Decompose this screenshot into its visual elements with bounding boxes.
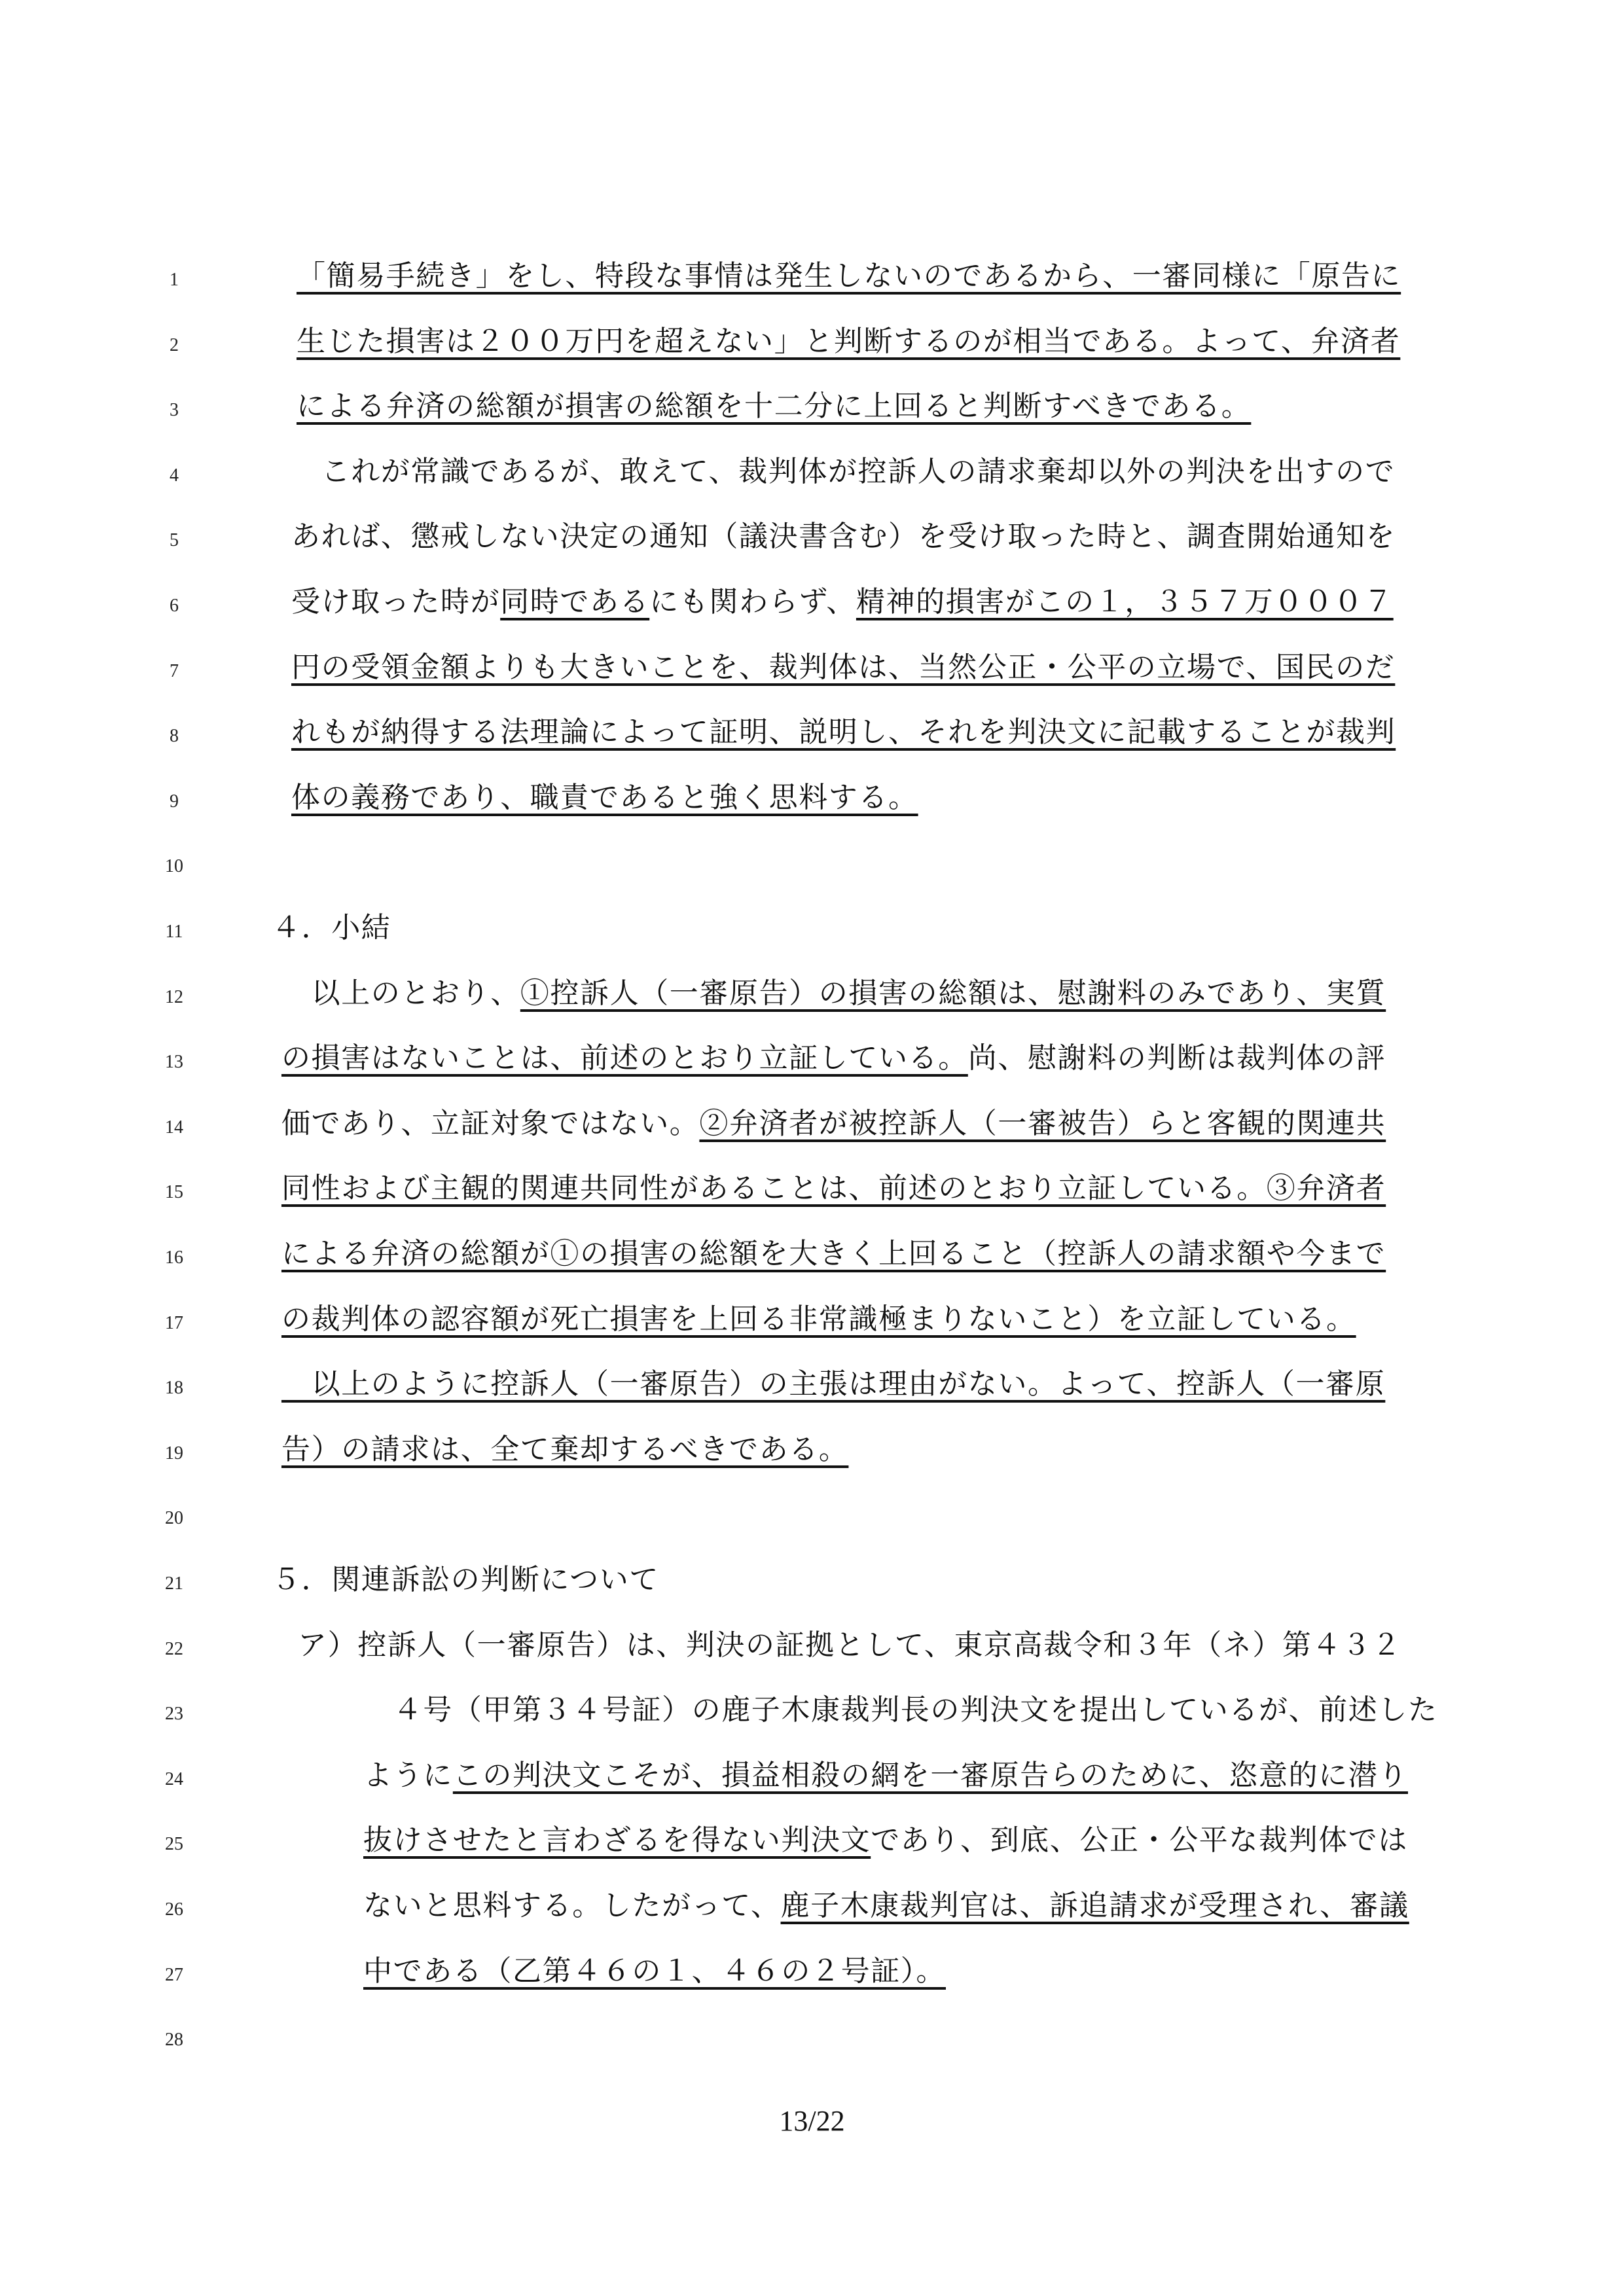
- text-line: 1「簡易手続き」をし、特段な事情は発生しないのであるから、一審同様に「原告に: [0, 247, 1624, 313]
- underlined-text-segment: 中である（乙第４６の１、４６の２号証）。: [363, 1954, 946, 1988]
- line-number: 20: [154, 1508, 194, 1529]
- text-segment: 価であり、立証対象ではない。: [281, 1107, 699, 1140]
- line-number: 24: [154, 1769, 194, 1790]
- underlined-text-segment: この判決文こそが、損益相殺の網を一審原告らのために、恣意的に潜り: [453, 1759, 1408, 1792]
- text-line: 26ないと思料する。したがって、鹿子木康裁判官は、訴追請求が受理され、審議: [0, 1877, 1624, 1943]
- line-text: ４．小結: [272, 908, 391, 948]
- text-segment: 尚、慰謝料の判断は裁判体の評: [968, 1041, 1386, 1075]
- underlined-text-segment: ①控訴人（一審原告）の損害の総額は、慰謝料のみであり、実質: [520, 977, 1386, 1010]
- line-number: 7: [154, 661, 194, 682]
- text-line: 20: [0, 1486, 1624, 1551]
- line-number: 28: [154, 2030, 194, 2051]
- text-segment: あれば、懲戒しない決定の通知（議決書含む）を受け取った時と、調査開始通知を: [291, 520, 1396, 553]
- text-line: 3による弁済の総額が損害の総額を十二分に上回ると判断すべきである。: [0, 378, 1624, 443]
- underlined-text-segment: 告）の請求は、全て棄却するべきである。: [281, 1433, 848, 1466]
- line-number: 10: [154, 856, 194, 877]
- underlined-text-segment: 生じた損害は２００万円を超えない」と判断するのが相当である。よって、弁済者: [297, 325, 1400, 358]
- text-segment: にも関わらず、: [649, 585, 856, 619]
- line-text: による弁済の総額が①の損害の総額を大きく上回ること（控訴人の請求額や今まで: [281, 1234, 1386, 1274]
- text-line: 10: [0, 834, 1624, 899]
- line-text: 中である（乙第４６の１、４６の２号証）。: [363, 1952, 946, 1991]
- line-number: 18: [154, 1378, 194, 1399]
- text-segment: これが常識であるが、敢えて、裁判体が控訴人の請求棄却以外の判決を出すので: [291, 455, 1395, 488]
- text-line: 25抜けさせたと言わざるを得ない判決文であり、到底、公正・公平な裁判体では: [0, 1812, 1624, 1877]
- line-number: 23: [154, 1704, 194, 1725]
- line-text: ないと思料する。したがって、鹿子木康裁判官は、訴追請求が受理され、審議: [363, 1886, 1409, 1926]
- line-text: 生じた損害は２００万円を超えない」と判断するのが相当である。よって、弁済者: [297, 322, 1400, 361]
- line-text: れもが納得する法理論によって証明、説明し、それを判決文に記載することが裁判: [291, 713, 1396, 752]
- text-line: 21５．関連訴訟の判断について: [0, 1551, 1624, 1617]
- text-line: 28: [0, 2007, 1624, 2073]
- text-line: 16による弁済の総額が①の損害の総額を大きく上回ること（控訴人の請求額や今まで: [0, 1225, 1624, 1291]
- line-text: 以上のように控訴人（一審原告）の主張は理由がない。よって、控訴人（一審原: [281, 1365, 1385, 1404]
- underlined-text-segment: ②弁済者が被控訴人（一審被告）らと客観的関連共: [699, 1107, 1386, 1140]
- text-line: 17の裁判体の認容額が死亡損害を上回る非常識極まりないこと）を立証している。: [0, 1291, 1624, 1356]
- underlined-text-segment: 「簡易手続き」をし、特段な事情は発生しないのであるから、一審同様に「原告に: [297, 259, 1401, 293]
- text-line: 24ようにこの判決文こそが、損益相殺の網を一審原告らのために、恣意的に潜り: [0, 1747, 1624, 1812]
- line-number: 27: [154, 1965, 194, 1986]
- underlined-text-segment: 精神的損害がこの１，３５７万０００７: [856, 585, 1394, 619]
- page-number: 13/22: [0, 2104, 1624, 2138]
- line-number: 3: [154, 400, 194, 421]
- text-line: 2生じた損害は２００万円を超えない」と判断するのが相当である。よって、弁済者: [0, 313, 1624, 378]
- line-number: 1: [154, 270, 194, 291]
- text-line: 18 以上のように控訴人（一審原告）の主張は理由がない。よって、控訴人（一審原: [0, 1355, 1624, 1421]
- line-number: 2: [154, 335, 194, 356]
- line-number: 14: [154, 1117, 194, 1138]
- text-segment: ４号（甲第３４号証）の鹿子木康裁判長の判決文を提出しているが、前述した: [363, 1693, 1438, 1727]
- text-line: 14価であり、立証対象ではない。②弁済者が被控訴人（一審被告）らと客観的関連共: [0, 1095, 1624, 1160]
- line-text: 価であり、立証対象ではない。②弁済者が被控訴人（一審被告）らと客観的関連共: [281, 1104, 1386, 1143]
- line-text: 抜けさせたと言わざるを得ない判決文であり、到底、公正・公平な裁判体では: [363, 1821, 1408, 1860]
- line-number: 22: [154, 1639, 194, 1660]
- line-number: 25: [154, 1834, 194, 1855]
- underlined-text-segment: による弁済の総額が①の損害の総額を大きく上回ること（控訴人の請求額や今まで: [281, 1237, 1386, 1270]
- text-segment: であり、到底、公正・公平な裁判体では: [871, 1823, 1408, 1857]
- line-text: あれば、懲戒しない決定の通知（議決書含む）を受け取った時と、調査開始通知を: [291, 517, 1396, 556]
- line-number: 12: [154, 987, 194, 1008]
- text-line: 11４．小結: [0, 899, 1624, 965]
- text-line: 4 これが常識であるが、敢えて、裁判体が控訴人の請求棄却以外の判決を出すので: [0, 443, 1624, 509]
- underlined-text-segment: 抜けさせたと言わざるを得ない判決文: [363, 1823, 871, 1857]
- text-segment: ア）控訴人（一審原告）は、判決の証拠として、東京高裁令和３年（ネ）第４３２: [298, 1628, 1401, 1662]
- line-number: 9: [154, 791, 194, 812]
- line-text: 体の義務であり、職責であると強く思料する。: [291, 778, 918, 817]
- line-number: 8: [154, 726, 194, 747]
- text-segment: ように: [363, 1759, 453, 1792]
- text-line: 22ア）控訴人（一審原告）は、判決の証拠として、東京高裁令和３年（ネ）第４３２: [0, 1617, 1624, 1682]
- line-text: 円の受領金額よりも大きいことを、裁判体は、当然公正・公平の立場で、国民のだ: [291, 648, 1395, 687]
- line-text: の損害はないことは、前述のとおり立証している。尚、慰謝料の判断は裁判体の評: [281, 1039, 1386, 1078]
- underlined-text-segment: の損害はないことは、前述のとおり立証している。: [281, 1041, 968, 1075]
- text-segment: 以上のとおり、: [281, 977, 520, 1010]
- line-number: 4: [154, 465, 194, 486]
- text-line: 19告）の請求は、全て棄却するべきである。: [0, 1421, 1624, 1486]
- underlined-text-segment: 鹿子木康裁判官は、訴追請求が受理され、審議: [781, 1889, 1409, 1922]
- text-segment: ないと思料する。したがって、: [363, 1889, 781, 1922]
- line-number: 16: [154, 1247, 194, 1268]
- line-text: ようにこの判決文こそが、損益相殺の網を一審原告らのために、恣意的に潜り: [363, 1756, 1408, 1795]
- text-segment: ４．小結: [272, 911, 391, 944]
- text-line: 5あれば、懲戒しない決定の通知（議決書含む）を受け取った時と、調査開始通知を: [0, 508, 1624, 573]
- line-number: 21: [154, 1573, 194, 1594]
- underlined-text-segment: 同時である: [500, 585, 649, 619]
- line-text: による弁済の総額が損害の総額を十二分に上回ると判断すべきである。: [297, 387, 1251, 426]
- line-number: 13: [154, 1052, 194, 1073]
- line-text: 以上のとおり、①控訴人（一審原告）の損害の総額は、慰謝料のみであり、実質: [281, 974, 1386, 1013]
- text-line: 13の損害はないことは、前述のとおり立証している。尚、慰謝料の判断は裁判体の評: [0, 1030, 1624, 1095]
- underlined-text-segment: 円の受領金額よりも大きいことを、裁判体は、当然公正・公平の立場で、国民のだ: [291, 651, 1395, 684]
- text-segment: 受け取った時が: [291, 585, 500, 619]
- document-page: 1「簡易手続き」をし、特段な事情は発生しないのであるから、一審同様に「原告に2生…: [0, 0, 1624, 2296]
- line-number: 19: [154, 1443, 194, 1464]
- line-number: 5: [154, 530, 194, 551]
- text-segment: ５．関連訴訟の判断について: [272, 1563, 659, 1596]
- text-line: 15同性および主観的関連共同性があることは、前述のとおり立証している。③弁済者: [0, 1160, 1624, 1225]
- text-line: 23 ４号（甲第３４号証）の鹿子木康裁判長の判決文を提出しているが、前述した: [0, 1681, 1624, 1747]
- line-text: ４号（甲第３４号証）の鹿子木康裁判長の判決文を提出しているが、前述した: [363, 1691, 1438, 1730]
- text-line: 12 以上のとおり、①控訴人（一審原告）の損害の総額は、慰謝料のみであり、実質: [0, 965, 1624, 1030]
- underlined-text-segment: 以上のように控訴人（一審原告）の主張は理由がない。よって、控訴人（一審原: [281, 1367, 1385, 1401]
- line-text: 「簡易手続き」をし、特段な事情は発生しないのであるから、一審同様に「原告に: [297, 257, 1401, 296]
- text-line: 27中である（乙第４６の１、４６の２号証）。: [0, 1943, 1624, 2008]
- line-number: 26: [154, 1899, 194, 1920]
- text-line: 6受け取った時が同時であるにも関わらず、精神的損害がこの１，３５７万０００７: [0, 573, 1624, 639]
- line-text: これが常識であるが、敢えて、裁判体が控訴人の請求棄却以外の判決を出すので: [291, 452, 1395, 492]
- underlined-text-segment: れもが納得する法理論によって証明、説明し、それを判決文に記載することが裁判: [291, 715, 1396, 749]
- line-number: 17: [154, 1313, 194, 1334]
- line-text: の裁判体の認容額が死亡損害を上回る非常識極まりないこと）を立証している。: [281, 1300, 1356, 1339]
- text-line: 9体の義務であり、職責であると強く思料する。: [0, 769, 1624, 834]
- line-text: ５．関連訴訟の判断について: [272, 1560, 659, 1600]
- text-line: 7円の受領金額よりも大きいことを、裁判体は、当然公正・公平の立場で、国民のだ: [0, 639, 1624, 704]
- line-text: 告）の請求は、全て棄却するべきである。: [281, 1430, 848, 1469]
- underlined-text-segment: による弁済の総額が損害の総額を十二分に上回ると判断すべきである。: [297, 389, 1251, 423]
- underlined-text-segment: の裁判体の認容額が死亡損害を上回る非常識極まりないこと）を立証している。: [281, 1302, 1356, 1336]
- line-text: ア）控訴人（一審原告）は、判決の証拠として、東京高裁令和３年（ネ）第４３２: [298, 1626, 1401, 1665]
- line-number: 6: [154, 596, 194, 617]
- underlined-text-segment: 体の義務であり、職責であると強く思料する。: [291, 781, 918, 814]
- text-line: 8れもが納得する法理論によって証明、説明し、それを判決文に記載することが裁判: [0, 704, 1624, 769]
- line-number: 11: [154, 922, 194, 942]
- line-number: 15: [154, 1182, 194, 1203]
- line-text: 同性および主観的関連共同性があることは、前述のとおり立証している。③弁済者: [281, 1169, 1386, 1208]
- line-text: 受け取った時が同時であるにも関わらず、精神的損害がこの１，３５７万０００７: [291, 583, 1394, 622]
- underlined-text-segment: 同性および主観的関連共同性があることは、前述のとおり立証している。③弁済者: [281, 1172, 1386, 1205]
